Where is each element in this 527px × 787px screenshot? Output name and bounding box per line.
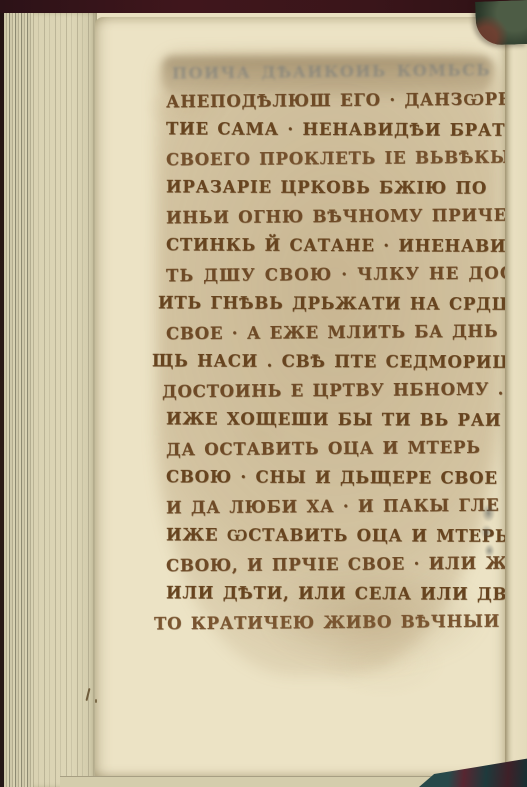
- manuscript-photo: ПОИЧА ДѢАИКОИЬ КОМЬСЬ АНЕПОДѢЛЮШ ЕГО · Д…: [0, 0, 527, 787]
- text-line: СВОЮ · СНЫ И ДЬЩЕРЕ СВОЕ: [166, 462, 500, 492]
- text-line: АНЕПОДѢЛЮШ ЕГО · ДАНЗѠРЬЖЕ: [166, 85, 500, 117]
- text-line: ИЛИ ДѢТИ, ИЛИ СЕЛА ИЛИ ДВОРИ ·: [166, 578, 500, 608]
- text-line: ЩЬ НАСИ . СВѢ ПТЕ СЕДМОРИЦЕЮ .: [152, 346, 500, 377]
- handwritten-text-block: АНЕПОДѢЛЮШ ЕГО · ДАНЗѠРЬЖЕ ТИЕ САМА · НЕ…: [166, 86, 500, 637]
- grey-ink-blot: [478, 503, 497, 559]
- faded-offset-text-line: ПОИЧА ДѢАИКОИЬ КОМЬСЬ: [172, 60, 492, 82]
- text-line: ИЖЕ ХОЩЕШИ БЫ ТИ ВЬ РАИ ,: [166, 404, 500, 434]
- text-line: ТО КРАТИЧЕЮ ЖИВО ВѢЧНЫИ: [154, 607, 500, 639]
- text-line: СВОЕ · А ЕЖЕ МЛИТЬ БА ДНЬ ИНО: [166, 317, 500, 349]
- text-line: ДА ОСТАВИТЬ ОЦА И МТЕРЬ: [166, 433, 500, 465]
- next-page-edge: [505, 12, 527, 787]
- stray-pen-dot: [95, 699, 97, 703]
- text-line: СТИНКЬ Й САТАНЕ · ИНЕНАВИ: [166, 230, 500, 260]
- text-line: ТЬ ДШУ СВОЮ · ЧЛКУ НЕ ДОСТО: [166, 259, 500, 291]
- book-page-edges-stack: [3, 8, 34, 787]
- text-line: ИРАЗАРІЕ ЦРКОВЬ БЖІЮ ПО: [166, 172, 500, 202]
- text-line: ИТЬ ГНѢВЬ ДРЬЖАТИ НА СРДЦИ: [158, 288, 500, 318]
- text-line: СВОЮ, И ПРЧІЕ СВОЕ · ИЛИ ЖЕНУ: [166, 549, 500, 581]
- text-line: ИНЬИ ОГНЮ ВѢЧНОМУ ПРИЧЕ: [166, 201, 500, 233]
- text-line: ТИЕ САМА · НЕНАВИДѢИ БРАТА: [166, 114, 500, 144]
- binding-top-band: [0, 0, 527, 13]
- book-page-edges-underleaves: [33, 13, 97, 787]
- text-line: И ДА ЛЮБИ ХА · И ПАКЫ ГЛЕ СЬ: [166, 491, 500, 523]
- book-spine-edge: [0, 0, 4, 787]
- text-line: ДОСТОИНЬ Е ЦРТВУ НБНОМУ .: [162, 375, 500, 407]
- text-line: ИЖЕ ѠСТАВИТЬ ОЦА И МТЕРЬ: [166, 520, 500, 550]
- text-line: СВОЕГО ПРОКЛЕТЬ ІЕ ВЬВѢКЫ .: [166, 143, 500, 175]
